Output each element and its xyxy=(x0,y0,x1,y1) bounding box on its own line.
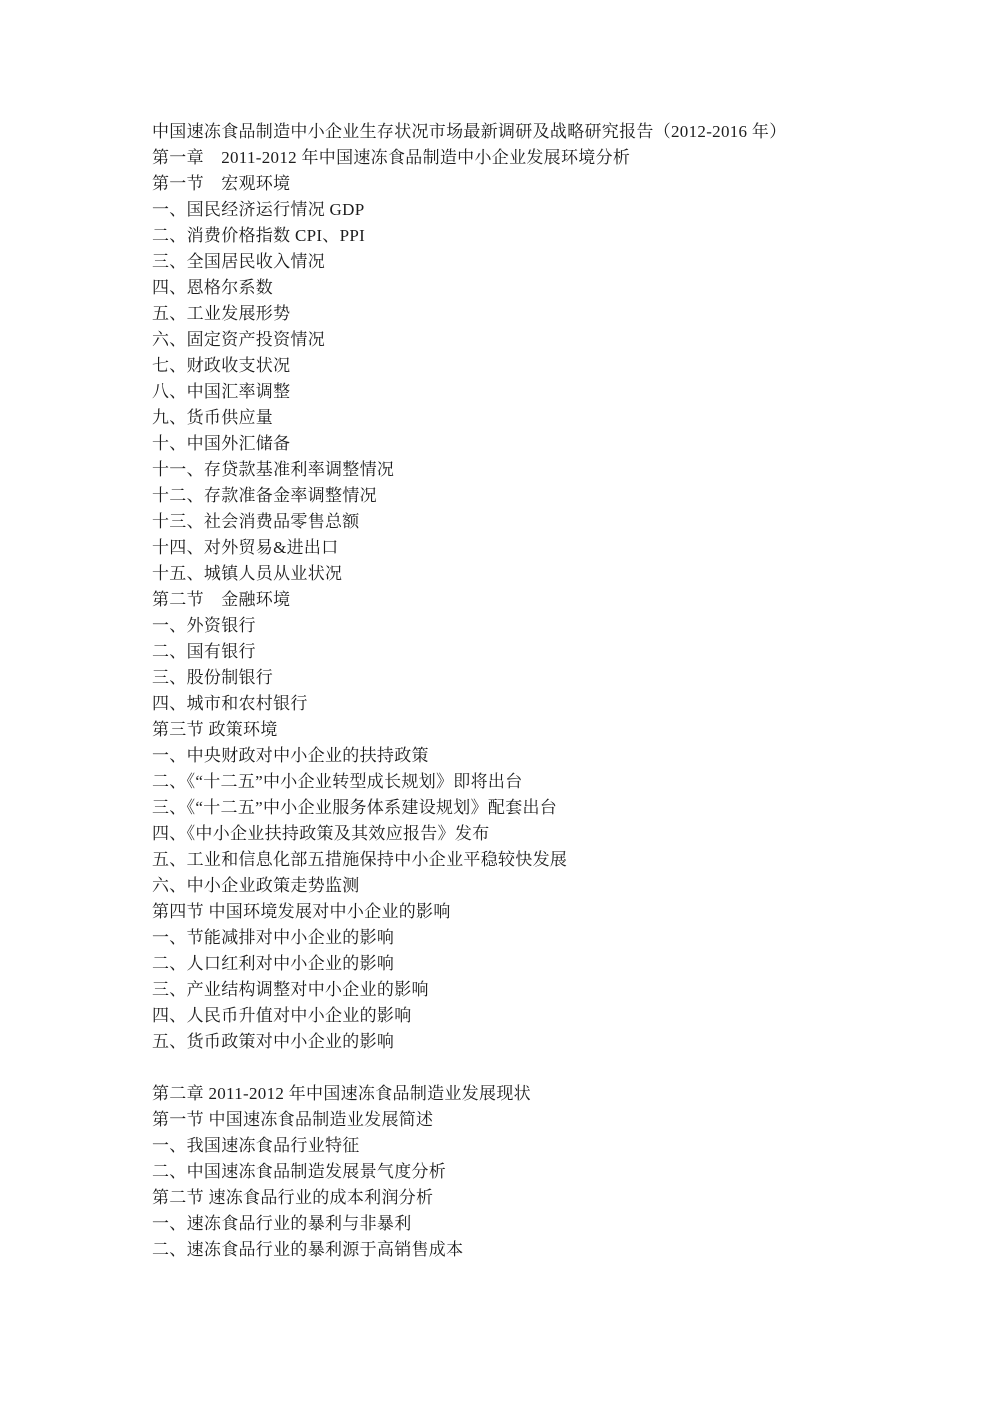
toc-line-item: 十三、社会消费品零售总额 xyxy=(152,509,953,535)
toc-line-item: 五、工业发展形势 xyxy=(152,301,953,327)
toc-line-section: 第一节 中国速冻食品制造业发展简述 xyxy=(152,1107,953,1133)
toc-line-item: 四、城市和农村银行 xyxy=(152,691,953,717)
toc-line-item: 十二、存款准备金率调整情况 xyxy=(152,483,953,509)
toc-line-item: 一、节能减排对中小企业的影响 xyxy=(152,925,953,951)
toc-line-item: 五、工业和信息化部五措施保持中小企业平稳较快发展 xyxy=(152,847,953,873)
toc-line-item: 四、人民币升值对中小企业的影响 xyxy=(152,1003,953,1029)
toc-line-item: 二、速冻食品行业的暴利源于高销售成本 xyxy=(152,1237,953,1263)
toc-line-item: 一、我国速冻食品行业特征 xyxy=(152,1133,953,1159)
toc-line-item: 二、国有银行 xyxy=(152,639,953,665)
toc-line-item: 一、中央财政对中小企业的扶持政策 xyxy=(152,743,953,769)
toc-line-title: 中国速冻食品制造中小企业生存状况市场最新调研及战略研究报告（2012-2016 … xyxy=(152,119,953,145)
toc-line-item: 十、中国外汇储备 xyxy=(152,431,953,457)
toc-line-item: 四、恩格尔系数 xyxy=(152,275,953,301)
toc-line-item: 一、速冻食品行业的暴利与非暴利 xyxy=(152,1211,953,1237)
toc-line-item: 六、固定资产投资情况 xyxy=(152,327,953,353)
toc-line-chapter: 第一章 2011-2012 年中国速冻食品制造中小企业发展环境分析 xyxy=(152,145,953,171)
toc-line-item: 二、消费价格指数 CPI、PPI xyxy=(152,223,953,249)
toc-line-item: 一、国民经济运行情况 GDP xyxy=(152,197,953,223)
toc-line-section: 第三节 政策环境 xyxy=(152,717,953,743)
toc-line-item: 一、外资银行 xyxy=(152,613,953,639)
toc-line-item: 十一、存贷款基准利率调整情况 xyxy=(152,457,953,483)
toc-line-item: 三、产业结构调整对中小企业的影响 xyxy=(152,977,953,1003)
toc-line-item: 五、货币政策对中小企业的影响 xyxy=(152,1029,953,1055)
toc-line-item: 十四、对外贸易&进出口 xyxy=(152,535,953,561)
toc-line-item: 八、中国汇率调整 xyxy=(152,379,953,405)
toc-line-section: 第二节 金融环境 xyxy=(152,587,953,613)
toc-line-item: 十五、城镇人员从业状况 xyxy=(152,561,953,587)
toc-line-item: 三、《“十二五”中小企业服务体系建设规划》配套出台 xyxy=(152,795,953,821)
toc-line-item: 三、全国居民收入情况 xyxy=(152,249,953,275)
toc-line-chapter: 第二章 2011-2012 年中国速冻食品制造业发展现状 xyxy=(152,1081,953,1107)
toc-line-item: 二、《“十二五”中小企业转型成长规划》即将出台 xyxy=(152,769,953,795)
toc-line-item: 六、中小企业政策走势监测 xyxy=(152,873,953,899)
toc-line-item: 九、货币供应量 xyxy=(152,405,953,431)
toc-line-item: 七、财政收支状况 xyxy=(152,353,953,379)
toc-line-section: 第四节 中国环境发展对中小企业的影响 xyxy=(152,899,953,925)
document-page: 中国速冻食品制造中小企业生存状况市场最新调研及战略研究报告（2012-2016 … xyxy=(0,0,993,1404)
toc-list: 中国速冻食品制造中小企业生存状况市场最新调研及战略研究报告（2012-2016 … xyxy=(152,119,953,1263)
toc-line-item: 三、股份制银行 xyxy=(152,665,953,691)
toc-line-section: 第二节 速冻食品行业的成本利润分析 xyxy=(152,1185,953,1211)
toc-line-item: 四、《中小企业扶持政策及其效应报告》发布 xyxy=(152,821,953,847)
toc-line-item: 二、人口红利对中小企业的影响 xyxy=(152,951,953,977)
blank-line xyxy=(152,1055,953,1081)
toc-line-section: 第一节 宏观环境 xyxy=(152,171,953,197)
toc-line-item: 二、中国速冻食品制造发展景气度分析 xyxy=(152,1159,953,1185)
